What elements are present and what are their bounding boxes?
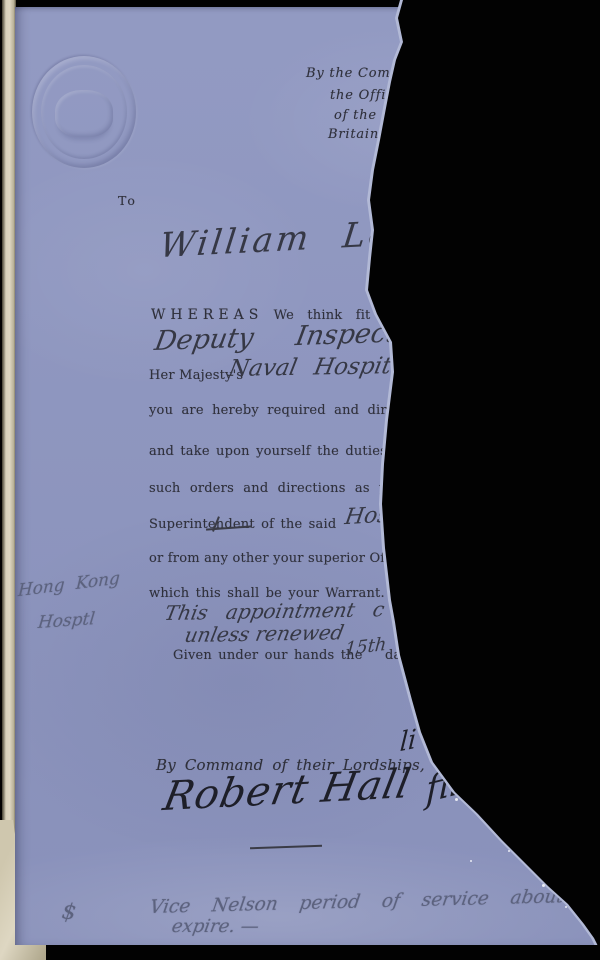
letterhead-line-4: Britain <box>328 127 379 142</box>
paper-speck <box>565 906 567 908</box>
body-line-superintendent: Superintendent of the said <box>149 517 336 532</box>
paper-speck <box>542 884 545 887</box>
body-line-orders: such orders and directions as you <box>149 481 403 496</box>
warrant-document-page: By the Commis the Office o of the U Brit… <box>0 0 600 960</box>
body-line-duties: and take upon yourself the duties o <box>149 444 401 459</box>
appointment-note-line-2: unless renewed <box>183 620 346 647</box>
paper-speck <box>455 798 458 801</box>
paper-speck <box>508 850 510 852</box>
majesty-handwritten: Naval Hospita <box>226 353 407 382</box>
given-printed: Given under our hands the <box>173 648 363 663</box>
body-line-required: you are hereby required and directe <box>149 403 416 418</box>
embossed-seal <box>32 56 136 168</box>
margin-note-line-2: Hosptl <box>37 609 96 633</box>
given-day-handwritten: 15th <box>344 634 387 660</box>
paper-speck <box>470 860 472 862</box>
whereas-keyword: WHEREAS <box>151 307 263 323</box>
bottom-shadow-band <box>46 945 600 960</box>
bottom-pencil-mark: $ <box>60 899 77 926</box>
salutation-label: To <box>118 193 137 208</box>
signature-fragment-top: li <box>399 724 417 759</box>
bottom-pencil-line-2: expire. — <box>170 916 260 937</box>
book-binding-strip <box>2 0 16 960</box>
